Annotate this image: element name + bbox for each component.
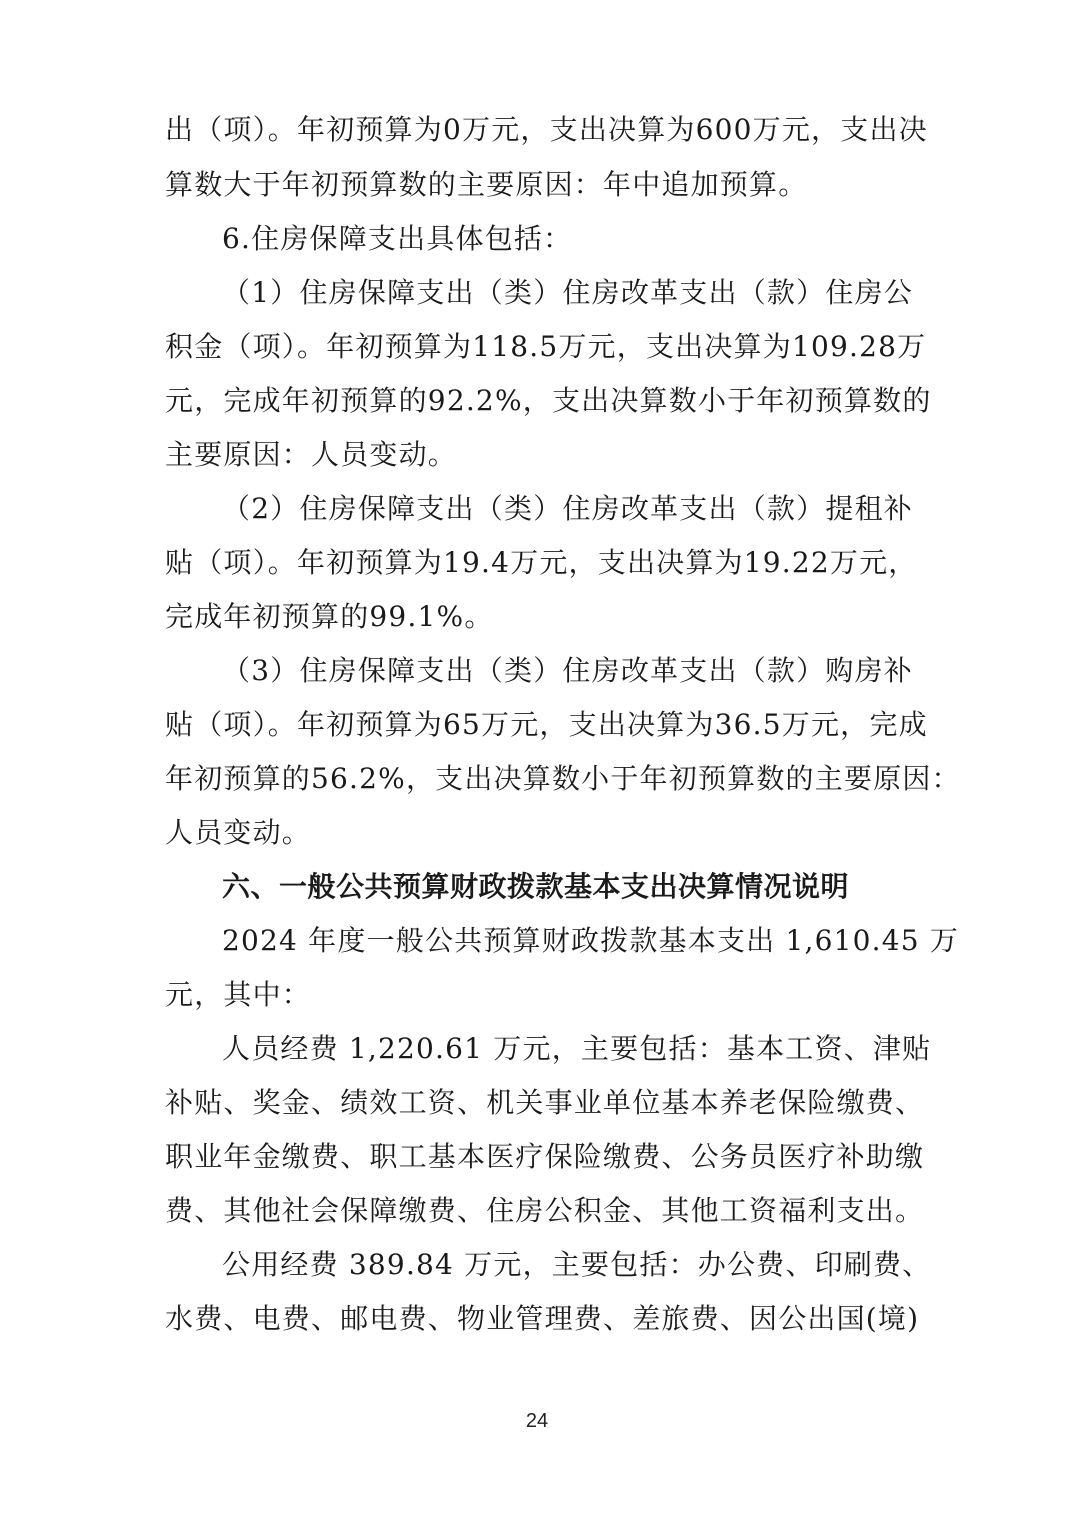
paragraph-line: 2024 年度一般公共预算财政拨款基本支出 1,610.45 万 — [222, 921, 913, 961]
paragraph-line: 费、其他社会保障缴费、住房公积金、其他工资福利支出。 — [165, 1191, 913, 1231]
paragraph-line: 元，其中： — [165, 975, 913, 1015]
paragraph-line: 补贴、奖金、绩效工资、机关事业单位基本养老保险缴费、 — [165, 1083, 913, 1123]
paragraph-line: 主要原因：人员变动。 — [165, 435, 913, 475]
paragraph-line: （3）住房保障支出（类）住房改革支出（款）购房补 — [222, 651, 913, 691]
paragraph-line: （2）住房保障支出（类）住房改革支出（款）提租补 — [222, 489, 913, 529]
page-number: 24 — [0, 1410, 1074, 1433]
paragraph-line: 公用经费 389.84 万元，主要包括：办公费、印刷费、 — [222, 1245, 913, 1285]
section-heading: 六、一般公共预算财政拨款基本支出决算情况说明 — [222, 867, 913, 907]
paragraph-line: 贴（项）。年初预算为65万元，支出决算为36.5万元，完成 — [165, 705, 913, 745]
paragraph-line: 算数大于年初预算数的主要原因：年中追加预算。 — [165, 165, 913, 205]
paragraph-line: 人员经费 1,220.61 万元，主要包括：基本工资、津贴 — [222, 1029, 913, 1069]
document-page: 出（项）。年初预算为0万元，支出决算为600万元，支出决 算数大于年初预算数的主… — [0, 0, 1074, 1520]
paragraph-line: 水费、电费、邮电费、物业管理费、差旅费、因公出国(境) — [165, 1299, 913, 1339]
paragraph-line: 完成年初预算的99.1%。 — [165, 597, 913, 637]
section-subheading: 6.住房保障支出具体包括： — [222, 219, 913, 259]
paragraph-line: 元，完成年初预算的92.2%，支出决算数小于年初预算数的 — [165, 381, 913, 421]
paragraph-line: 职业年金缴费、职工基本医疗保险缴费、公务员医疗补助缴 — [165, 1137, 913, 1177]
paragraph-line: 贴（项）。年初预算为19.4万元，支出决算为19.22万元， — [165, 543, 913, 583]
paragraph-line: 出（项）。年初预算为0万元，支出决算为600万元，支出决 — [165, 110, 913, 150]
paragraph-line: （1）住房保障支出（类）住房改革支出（款）住房公 — [222, 273, 913, 313]
paragraph-line: 人员变动。 — [165, 813, 913, 853]
paragraph-line: 积金（项）。年初预算为118.5万元，支出决算为109.28万 — [165, 327, 913, 367]
paragraph-line: 年初预算的56.2%，支出决算数小于年初预算数的主要原因： — [165, 759, 913, 799]
